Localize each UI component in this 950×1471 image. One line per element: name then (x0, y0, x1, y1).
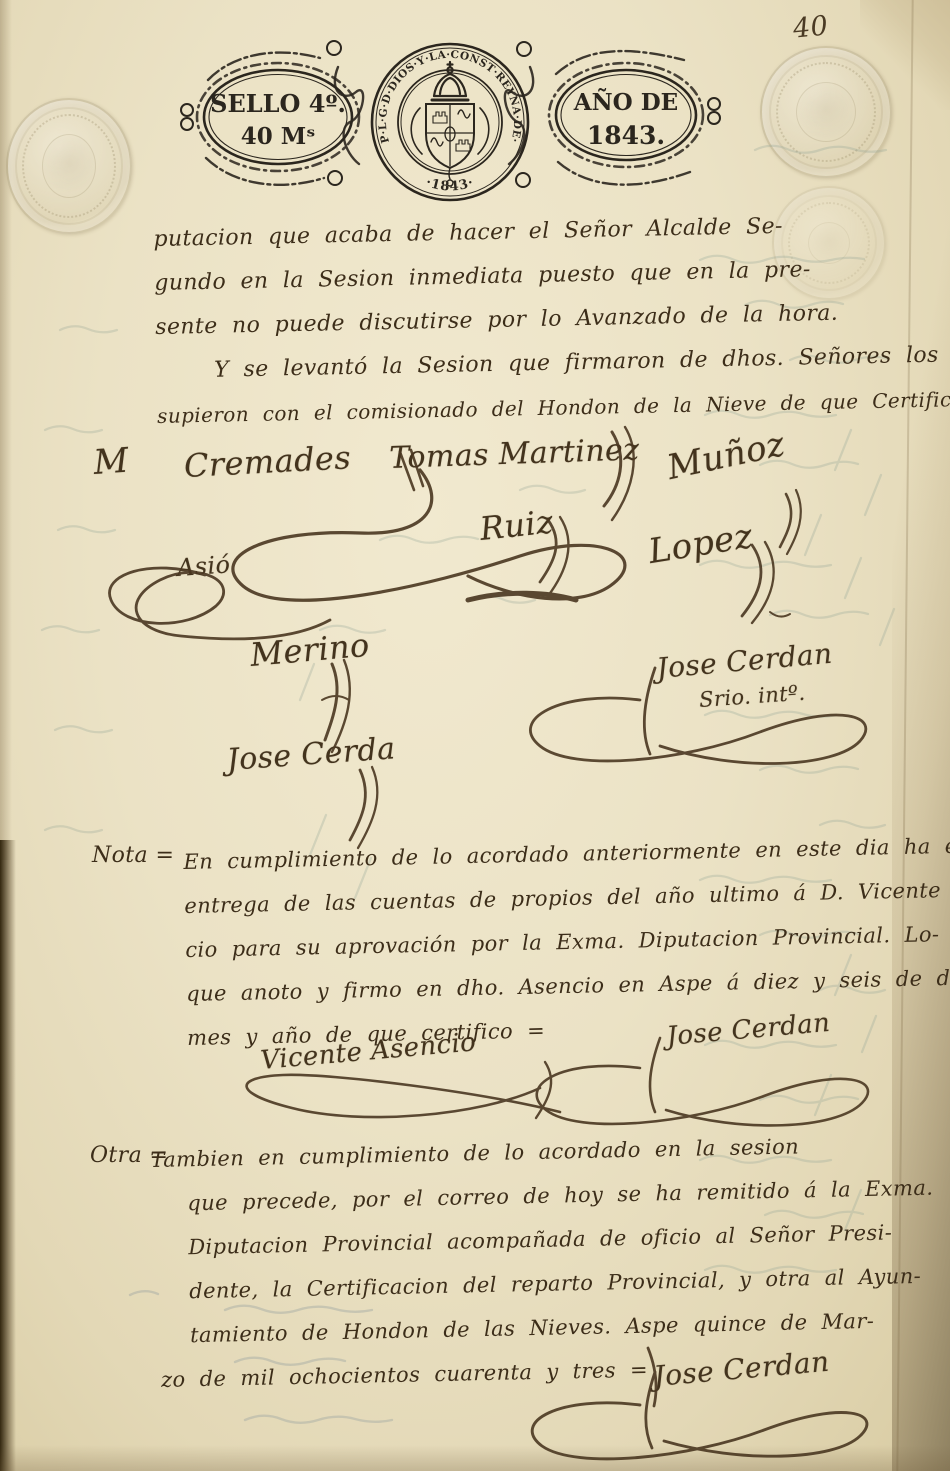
signature-rubrics-layer (0, 0, 950, 1471)
manuscript-page: ISAB·2ª·P·L·G·D·DIOS·Y·LA·CONST·REYNA·DE… (0, 0, 950, 1471)
